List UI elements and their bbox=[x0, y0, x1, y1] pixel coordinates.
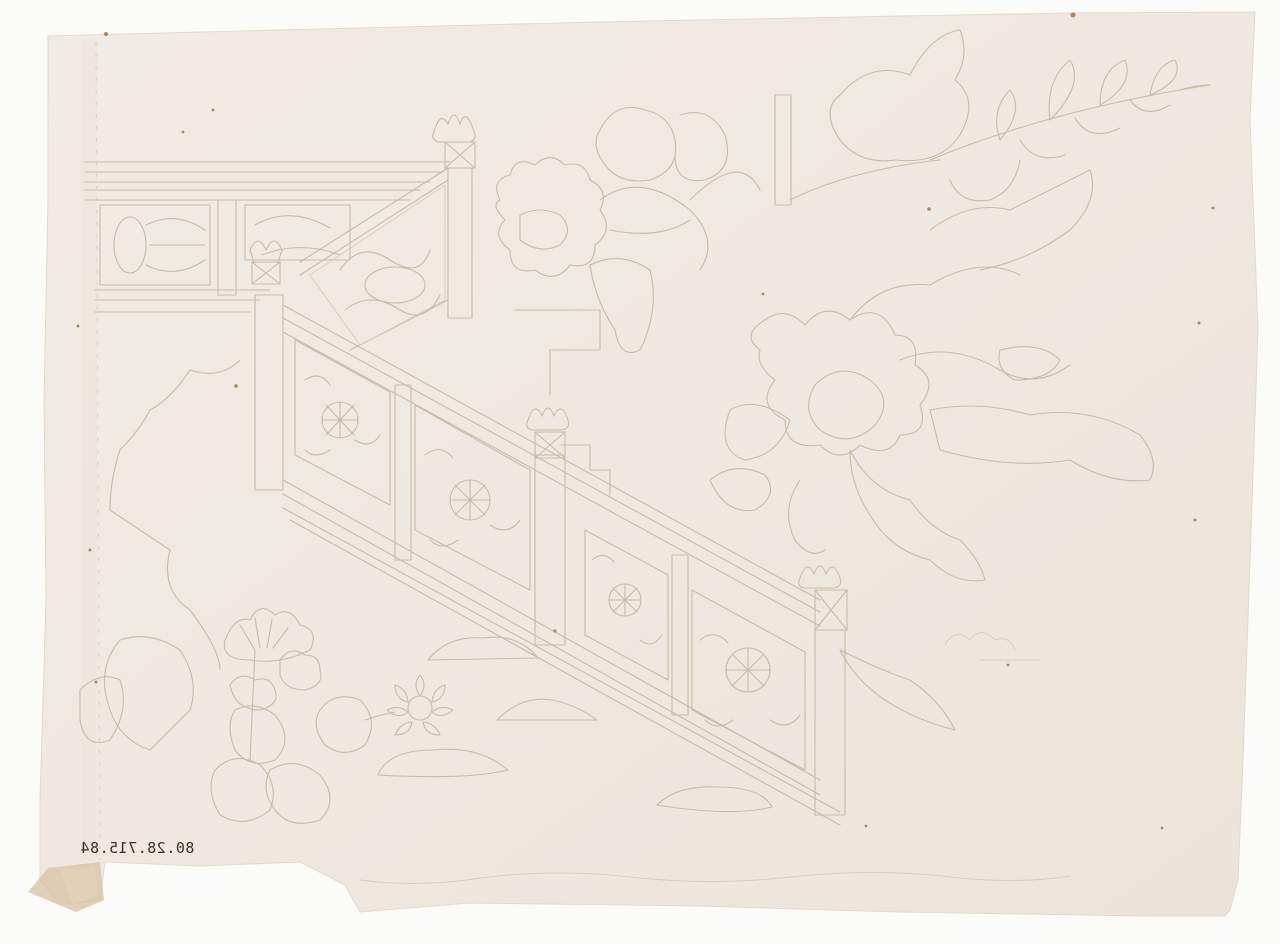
paper-sheet bbox=[28, 12, 1258, 916]
artwork-photo bbox=[0, 0, 1280, 944]
accession-number-label: 80.28.715.84 bbox=[80, 839, 194, 857]
